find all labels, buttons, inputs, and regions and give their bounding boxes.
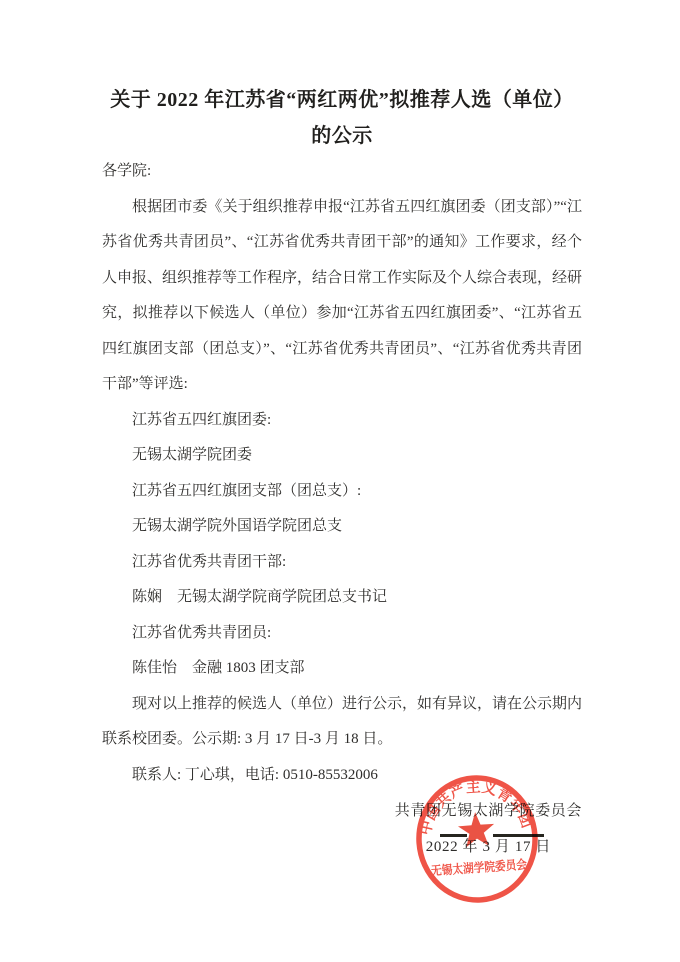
nomination-category-4: 江苏省优秀共青团员:: [102, 616, 582, 652]
nomination-candidate-2: 无锡太湖学院外国语学院团总支: [102, 509, 582, 545]
seal-bottom-text: 无锡太湖学院委员会: [431, 857, 528, 879]
nomination-category-3: 江苏省优秀共青团干部:: [102, 545, 582, 581]
title-line-2: 的公示: [102, 118, 582, 154]
announcement-page: 关于 2022 年江苏省“两红两优”拟推荐人选（单位） 的公示 各学院: 根据团…: [0, 0, 680, 962]
nomination-candidate-1: 无锡太湖学院团委: [102, 438, 582, 474]
seal-graphic: 中国共产主义青年团 无锡太湖学院委员会: [411, 771, 544, 907]
nomination-category-2: 江苏省五四红旗团支部（团总支）:: [102, 474, 582, 510]
official-seal: 中国共产主义青年团 无锡太湖学院委员会: [411, 771, 544, 907]
document-content: 关于 2022 年江苏省“两红两优”拟推荐人选（单位） 的公示 各学院: 根据团…: [102, 82, 582, 793]
document-body: 各学院: 根据团市委《关于组织推荐申报“江苏省五四红旗团委（团支部）”“江苏省优…: [102, 154, 582, 793]
nomination-candidate-4: 陈佳怡 金融 1803 团支部: [102, 651, 582, 687]
document-title: 关于 2022 年江苏省“两红两优”拟推荐人选（单位） 的公示: [102, 82, 582, 154]
seal-star-icon: [457, 811, 496, 848]
closing-paragraph: 现对以上推荐的候选人（单位）进行公示，如有异议，请在公示期内联系校团委。公示期:…: [102, 687, 582, 758]
nomination-category-1: 江苏省五四红旗团委:: [102, 403, 582, 439]
title-line-1: 关于 2022 年江苏省“两红两优”拟推荐人选（单位）: [102, 82, 582, 118]
nomination-candidate-3: 陈娴 无锡太湖学院商学院团总支书记: [102, 580, 582, 616]
intro-paragraph: 根据团市委《关于组织推荐申报“江苏省五四红旗团委（团支部）”“江苏省优秀共青团员…: [102, 190, 582, 403]
salutation: 各学院:: [102, 154, 582, 190]
